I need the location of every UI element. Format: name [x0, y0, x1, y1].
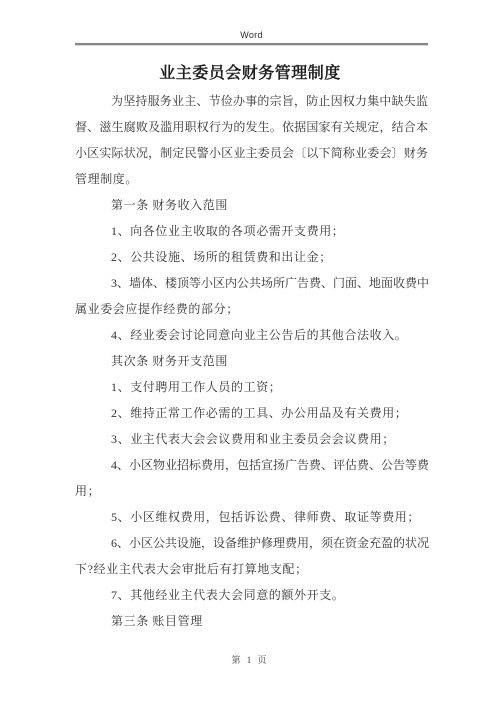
- document-line: 2、维持正常工作必需的工具、办公用品及有关费用；: [75, 400, 428, 426]
- document-line: 4、经业委会讨论同意向业主公告后的其他合法收入。: [75, 322, 428, 348]
- document-line: 其次条 财务开支范围: [75, 348, 428, 374]
- document-line: 1、向各位业主收取的各项必需开支费用；: [75, 218, 428, 244]
- document-line: 7、其他经业主代表大会同意的额外开支。: [75, 582, 428, 608]
- document-footer: 第 1 页: [0, 650, 500, 668]
- document-line: 第一条 财务收入范围: [75, 192, 428, 218]
- document-line: 4、小区物业招标费用，包括宣扬广告费、评估费、公告等费: [75, 452, 428, 478]
- document-line: 督、滋生腐败及滥用职权行为的发生。依据国家有关规定，结合本: [75, 114, 428, 140]
- document-line: 2、公共设施、场所的租赁费和出让金；: [75, 244, 428, 270]
- document-line: 第三条 账目管理: [75, 608, 428, 634]
- document-line: 下?经业主代表大会审批后有打算地支配；: [75, 556, 428, 582]
- document-line: 6、小区公共设施，设备维护修理费用，须在资金充盈的状况: [75, 530, 428, 556]
- document-line: 3、业主代表大会会议费用和业主委员会会议费用；: [75, 426, 428, 452]
- document-body: 为坚持服务业主、节俭办事的宗旨，防止因权力集中缺失监督、滋生腐败及滥用职权行为的…: [75, 88, 428, 634]
- header-app-label: Word: [75, 30, 428, 40]
- document-title: 业主委员会财务管理制度: [0, 60, 500, 83]
- page-number-label: 第 1 页: [231, 655, 268, 665]
- document-line: 5、小区维权费用，包括诉讼费、律师费、取证等费用；: [75, 504, 428, 530]
- document-line: 为坚持服务业主、节俭办事的宗旨，防止因权力集中缺失监: [75, 88, 428, 114]
- header-divider: [75, 43, 428, 46]
- document-page: Word 业主委员会财务管理制度 为坚持服务业主、节俭办事的宗旨，防止因权力集中…: [0, 0, 500, 707]
- document-line: 管理制度。: [75, 166, 428, 192]
- document-line: 用；: [75, 478, 428, 504]
- document-line: 属业委会应提作经费的部分；: [75, 296, 428, 322]
- document-line: 1、支付聘用工作人员的工资；: [75, 374, 428, 400]
- document-line: 3、墙体、楼顶等小区内公共场所广告费、门面、地面收费中: [75, 270, 428, 296]
- document-header: Word: [75, 30, 428, 46]
- document-line: 小区实际状况，制定民警小区业主委员会〔以下简称业委会〕财务: [75, 140, 428, 166]
